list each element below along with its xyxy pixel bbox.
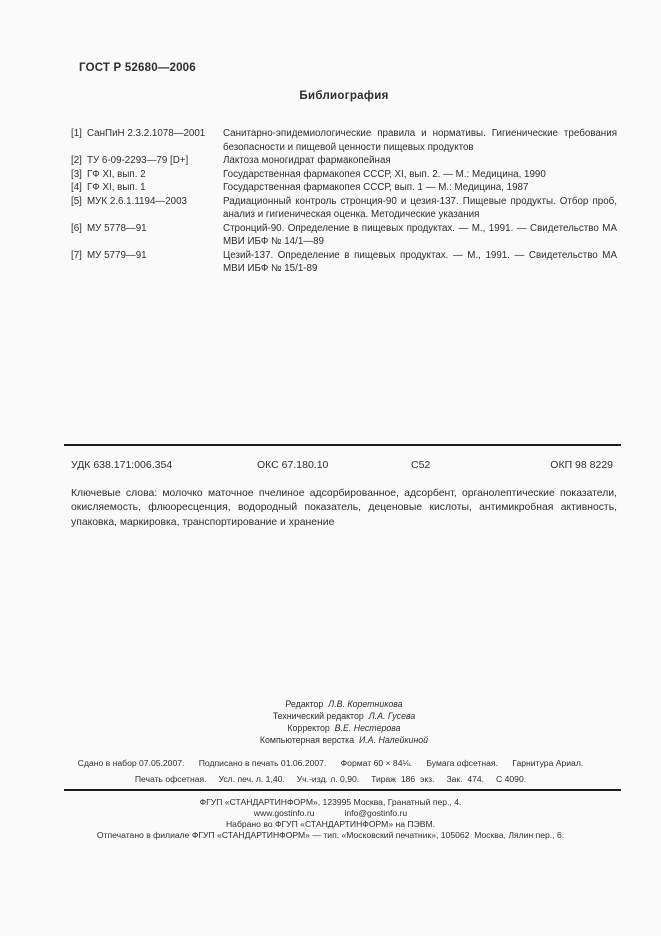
page-title: Библиография <box>71 90 617 102</box>
bib-item-number: [2] <box>71 154 86 168</box>
bib-item-code: МУ 5779—91 <box>86 249 223 276</box>
keywords-paragraph: Ключевые слова: молочко маточное пчелино… <box>71 487 617 530</box>
separator-rule-bottom <box>64 789 621 791</box>
credits-block: Редактор Л.В. Коретникова Технический ре… <box>71 699 617 747</box>
bibliography-item: [1] СанПиН 2.3.2.1078—2001 Санитарно-эпи… <box>71 127 617 154</box>
bib-item-code: МУК 2.6.1.1194—2003 <box>86 195 223 222</box>
credit-role: Редактор <box>285 699 323 709</box>
credit-line: Корректор В.Е. Нестерова <box>71 723 617 735</box>
bibliography-item: [5] МУК 2.6.1.1194—2003 Радиационный кон… <box>71 195 617 222</box>
bib-item-code: МУ 5778—91 <box>86 222 223 249</box>
bibliography-item: [4] ГФ XI, вып. 1 Государственная фармак… <box>71 181 617 195</box>
publisher-website: www.gostinfo.ru <box>254 808 315 818</box>
bibliography-item: [7] МУ 5779—91 Цезий-137. Определение в … <box>71 249 617 276</box>
bib-item-description: Цезий-137. Определение в пищевых продукт… <box>223 249 617 276</box>
imprint-line-2: Печать офсетная. Усл. печ. л. 1,40. Уч.-… <box>40 774 621 784</box>
separator-rule-top <box>64 444 621 446</box>
publisher-email: info@gostinfo.ru <box>344 808 407 818</box>
credit-name: Л.А. Гусева <box>369 711 416 721</box>
bib-item-number: [5] <box>71 195 86 222</box>
bibliography-item: [3] ГФ XI, вып. 2 Государственная фармак… <box>71 168 617 182</box>
bib-item-number: [7] <box>71 249 86 276</box>
bib-item-code: ГФ XI, вып. 1 <box>86 181 223 195</box>
credit-line: Технический редактор Л.А. Гусева <box>71 711 617 723</box>
bib-item-description: Лактоза моногидрат фармакопейная <box>223 154 617 168</box>
publisher-contacts: www.gostinfo.ru info@gostinfo.ru <box>40 808 621 818</box>
bib-item-number: [4] <box>71 181 86 195</box>
credit-role: Технический редактор <box>273 711 364 721</box>
bib-item-number: [6] <box>71 222 86 249</box>
bibliography-item: [6] МУ 5778—91 Стронций-90. Определение … <box>71 222 617 249</box>
bibliography-list: [1] СанПиН 2.3.2.1078—2001 Санитарно-эпи… <box>71 127 617 276</box>
bib-item-code: ТУ 6-09-2293—79 [D+] <box>86 154 223 168</box>
document-page: ГОСТ Р 52680—2006 Библиография [1] СанПи… <box>0 0 661 936</box>
credit-role: Корректор <box>287 723 329 733</box>
imprint-line-1: Сдано в набор 07.05.2007. Подписано в пе… <box>40 758 621 768</box>
publisher-address: ФГУП «СТАНДАРТИНФОРМ», 123995 Москва, Гр… <box>40 797 621 807</box>
credit-name: Л.В. Коретникова <box>328 699 402 709</box>
bib-item-number: [3] <box>71 168 86 182</box>
classification-row: УДК 638.171:006.354 ОКС 67.180.10 С52 ОК… <box>71 459 617 473</box>
bib-item-description: Государственная фармакопея СССР, XI, вып… <box>223 168 617 182</box>
group-code: С52 <box>411 459 430 471</box>
credit-line: Компьютерная верстка И.А. Налейкиной <box>71 735 617 747</box>
bib-item-description: Санитарно-эпидемиологические правила и н… <box>223 127 617 154</box>
credit-name: И.А. Налейкиной <box>359 735 428 745</box>
credit-role: Компьютерная верстка <box>260 735 354 745</box>
oks-code: ОКС 67.180.10 <box>257 459 328 471</box>
bib-item-description: Стронций-90. Определение в пищевых проду… <box>223 222 617 249</box>
bibliography-item: [2] ТУ 6-09-2293—79 [D+] Лактоза моногид… <box>71 154 617 168</box>
bib-item-code: СанПиН 2.3.2.1078—2001 <box>86 127 223 154</box>
credit-name: В.Е. Нестерова <box>335 723 401 733</box>
typeset-note: Набрано во ФГУП «СТАНДАРТИНФОРМ» на ПЭВМ… <box>40 819 621 829</box>
okp-code: ОКП 98 8229 <box>550 459 613 471</box>
bib-item-description: Радиационный контроль стронция-90 и цези… <box>223 195 617 222</box>
gost-code: ГОСТ Р 52680—2006 <box>79 62 196 74</box>
credit-line: Редактор Л.В. Коретникова <box>71 699 617 711</box>
bib-item-code: ГФ XI, вып. 2 <box>86 168 223 182</box>
bib-item-number: [1] <box>71 127 86 154</box>
bib-item-description: Государственная фармакопея СССР, вып. 1 … <box>223 181 617 195</box>
udk-code: УДК 638.171:006.354 <box>71 459 172 471</box>
printed-note: Отпечатано в филиале ФГУП «СТАНДАРТИНФОР… <box>40 830 621 840</box>
